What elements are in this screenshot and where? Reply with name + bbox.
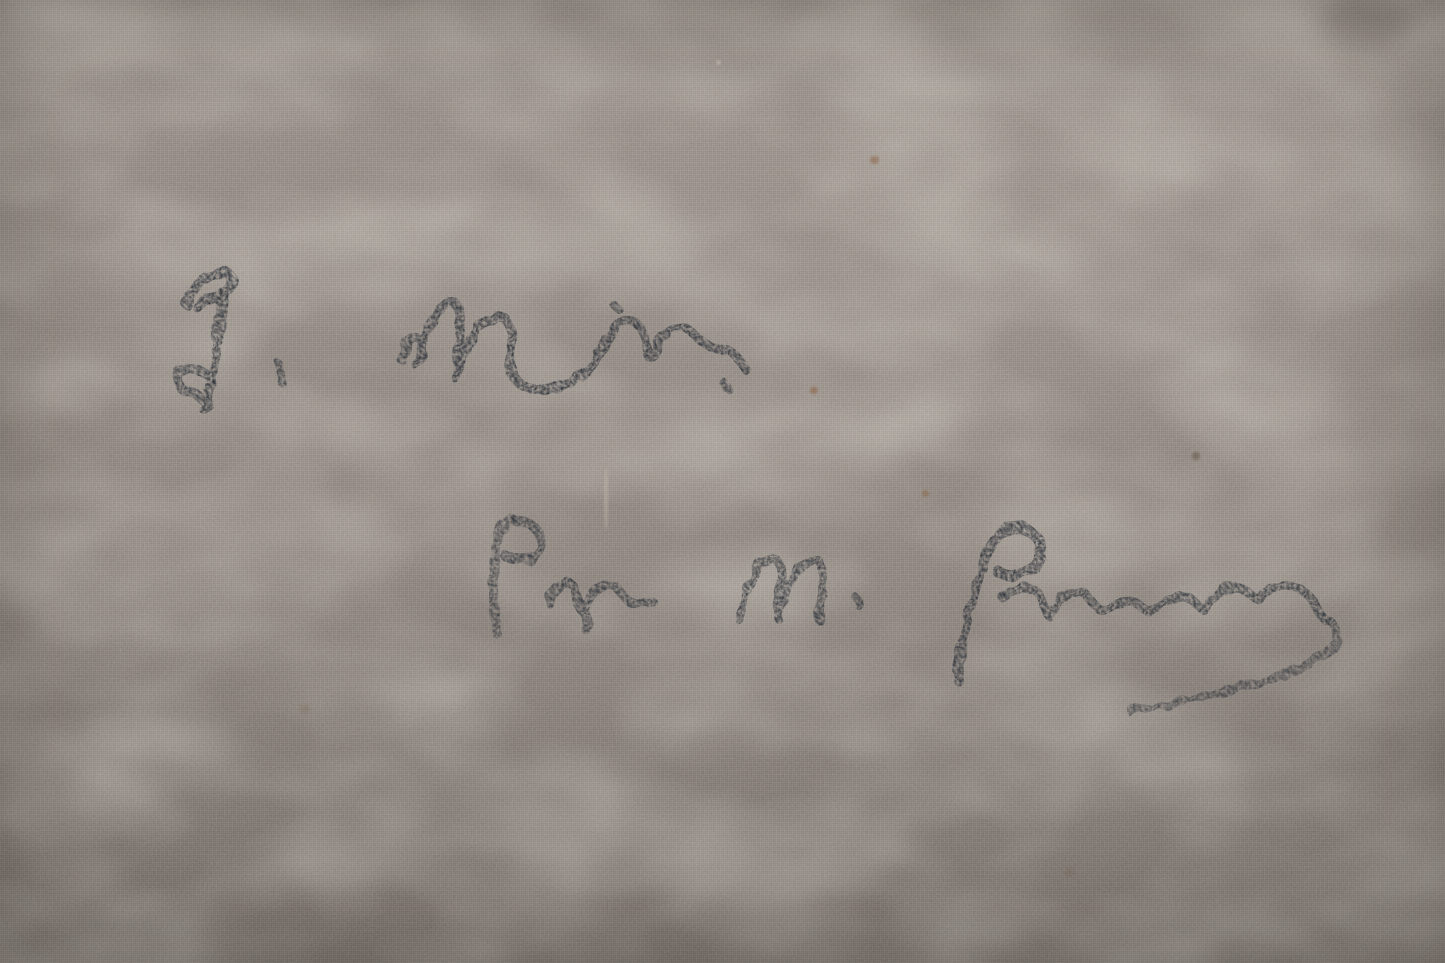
ink-stroke (1122, 587, 1257, 613)
ink-strokes-group (178, 273, 1338, 711)
ink-stroke (203, 292, 223, 408)
inscription-svg (0, 0, 1445, 963)
photograph (0, 0, 1445, 963)
ink-stroke (278, 363, 282, 382)
ink-stroke (549, 583, 654, 610)
ink-stroke (1130, 622, 1338, 711)
ink-stroke (416, 302, 460, 378)
ink-stroke (493, 520, 516, 634)
ink-stroke (584, 612, 587, 630)
ink-stroke (1257, 586, 1331, 622)
ink-stroke (615, 306, 619, 310)
ink-stroke (739, 558, 781, 619)
ink-stroke (723, 382, 727, 388)
ink-stroke (778, 558, 824, 621)
ink-stroke (856, 598, 860, 607)
ink-stroke (510, 329, 611, 390)
ink-stroke (958, 528, 1009, 680)
ink-stroke (611, 321, 745, 369)
ink-stroke (1003, 588, 1122, 616)
